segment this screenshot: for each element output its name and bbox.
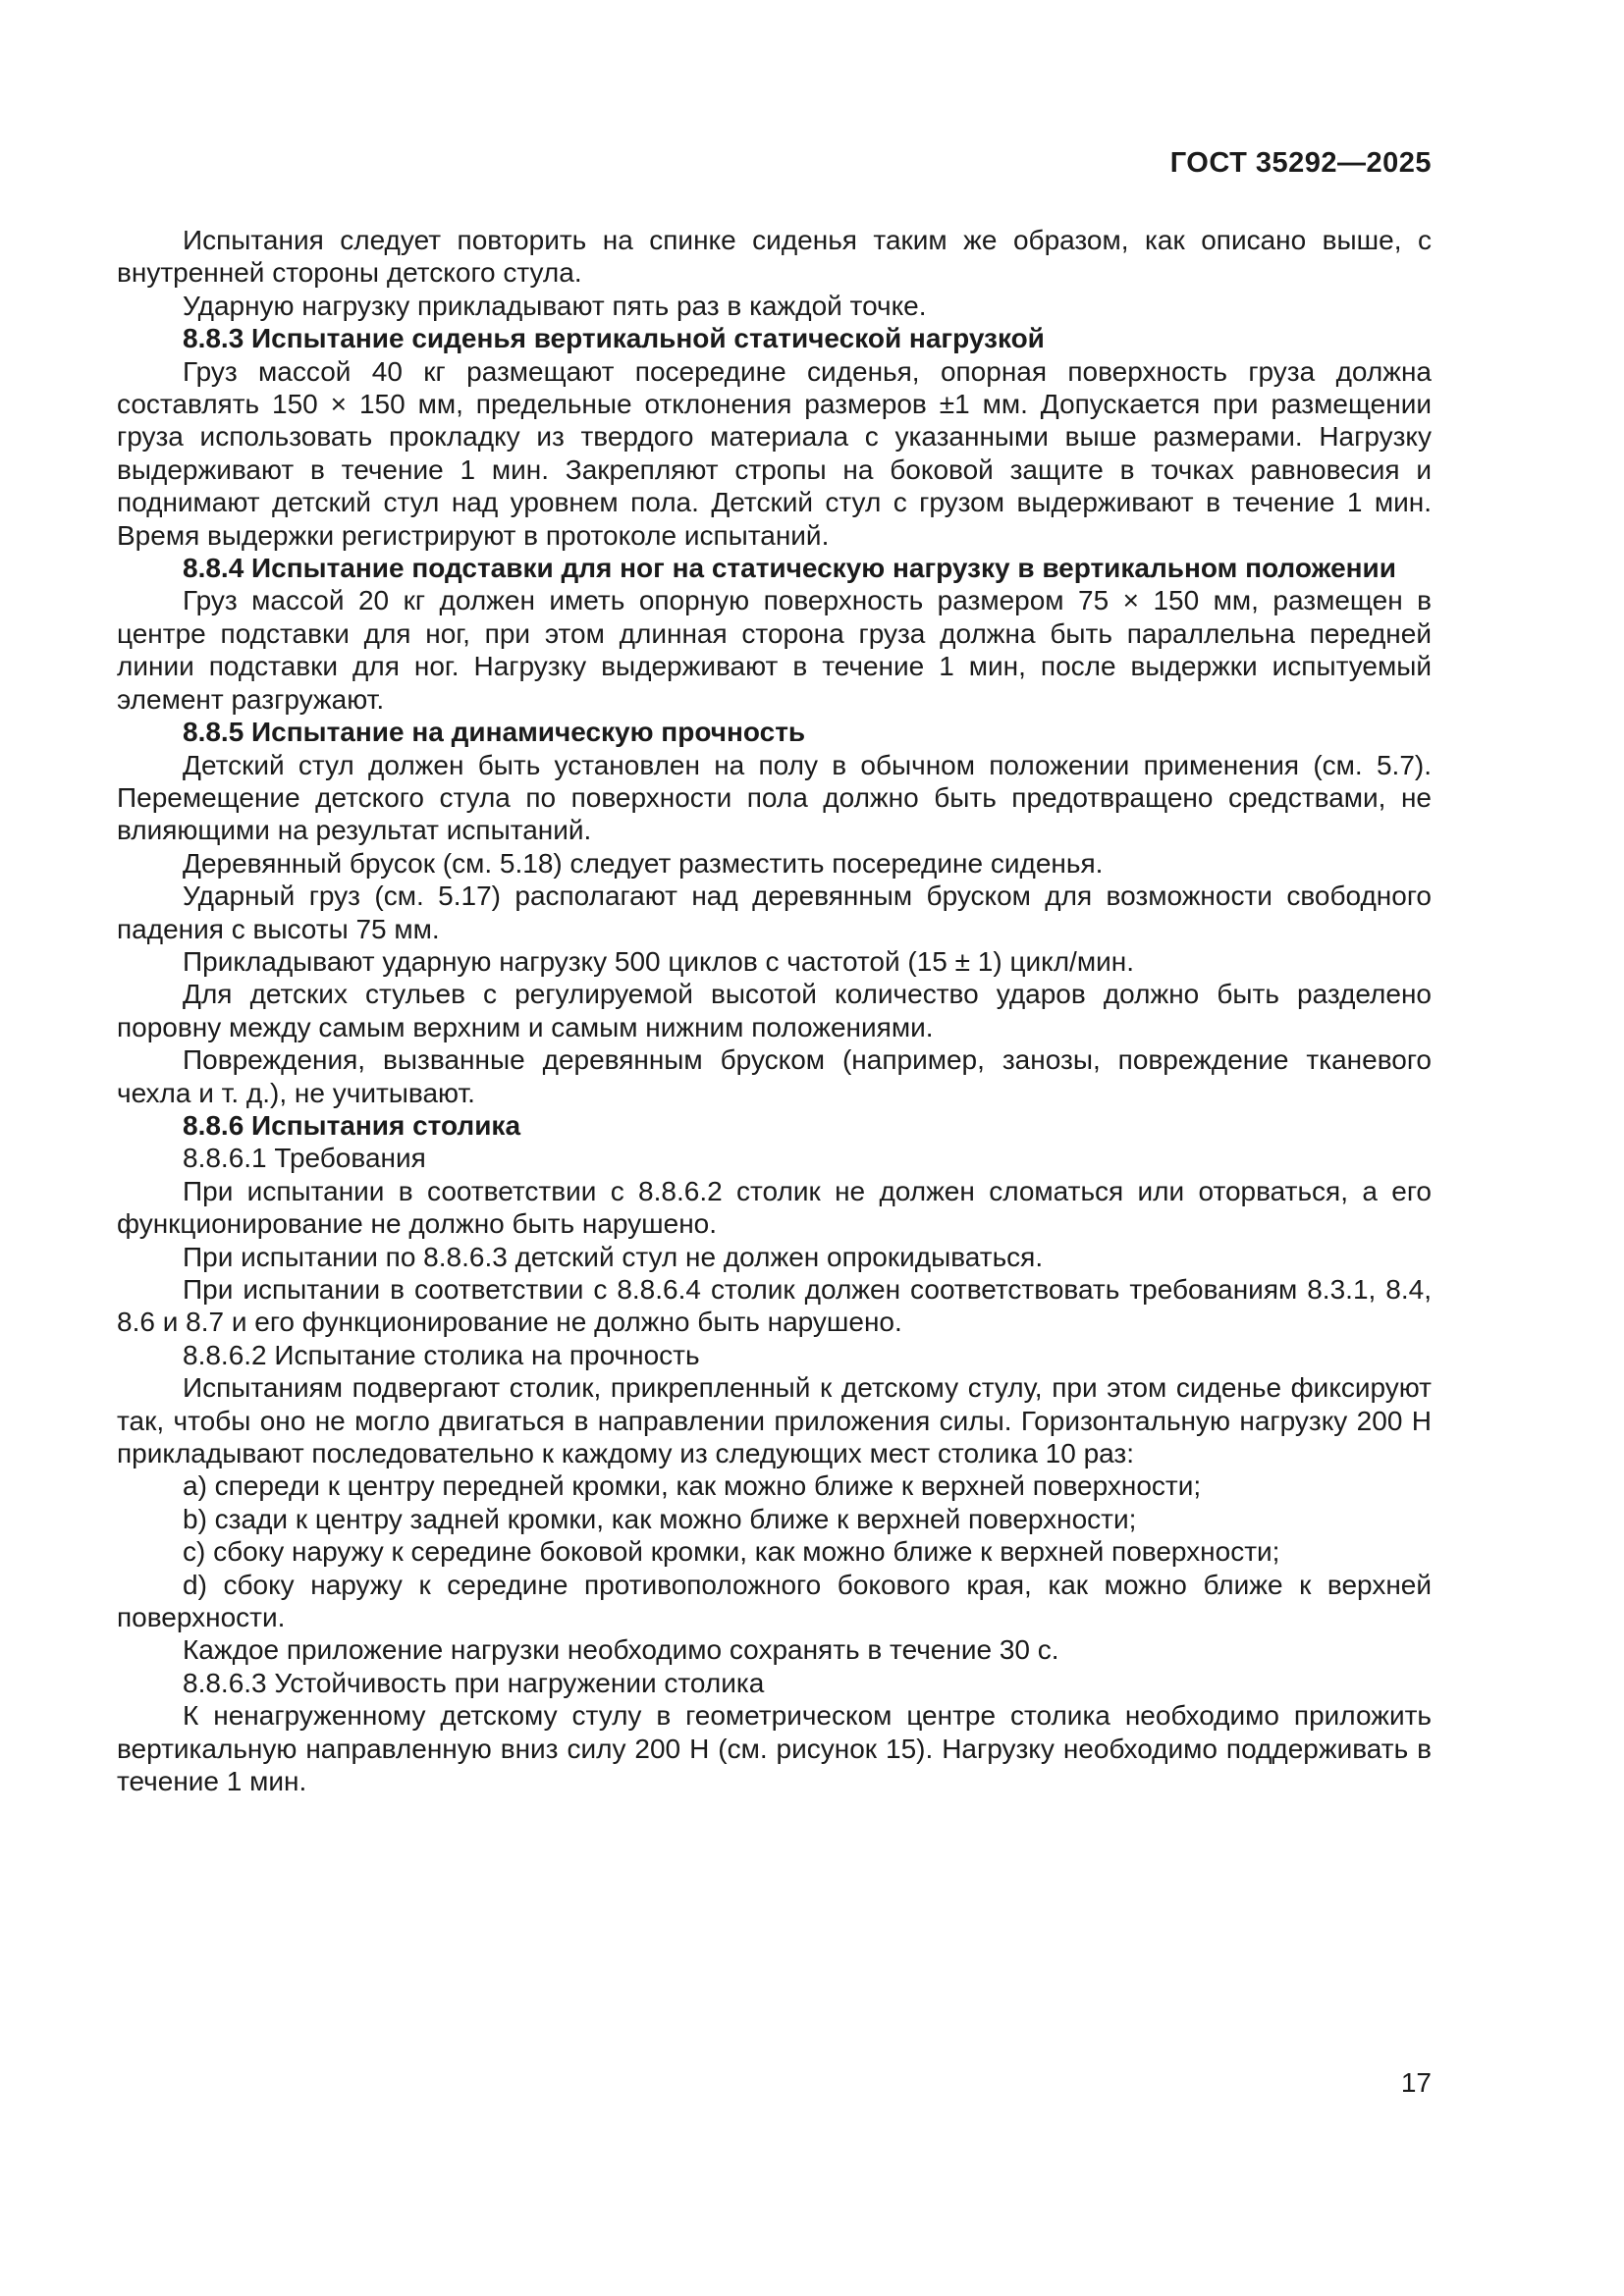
subsection-heading: 8.8.6.1 Требования xyxy=(117,1142,1432,1174)
body-paragraph: Испытаниям подвергают столик, прикреплен… xyxy=(117,1371,1432,1469)
section-heading: 8.8.5 Испытание на динамическую прочност… xyxy=(117,716,1432,748)
body-paragraph: Для детских стульев с регулируемой высот… xyxy=(117,978,1432,1043)
section-heading: 8.8.6 Испытания столика xyxy=(117,1109,1432,1142)
body-paragraph: Груз массой 40 кг размещают посередине с… xyxy=(117,355,1432,552)
document-body: Испытания следует повторить на спинке си… xyxy=(117,224,1432,1798)
document-page: ГОСТ 35292—2025 Испытания следует повтор… xyxy=(0,0,1624,2296)
body-paragraph: Ударный груз (см. 5.17) располагают над … xyxy=(117,880,1432,945)
body-paragraph: Деревянный брусок (см. 5.18) следует раз… xyxy=(117,847,1432,880)
list-item: d) сбоку наружу к середине противоположн… xyxy=(117,1569,1432,1634)
body-paragraph: При испытании в соответствии с 8.8.6.4 с… xyxy=(117,1273,1432,1339)
list-item: c) сбоку наружу к середине боковой кромк… xyxy=(117,1535,1432,1568)
body-paragraph: Детский стул должен быть установлен на п… xyxy=(117,749,1432,847)
body-paragraph: Ударную нагрузку прикладывают пять раз в… xyxy=(117,290,1432,322)
page-number: 17 xyxy=(117,2067,1432,2099)
body-paragraph: При испытании в соответствии с 8.8.6.2 с… xyxy=(117,1175,1432,1241)
body-paragraph: Каждое приложение нагрузки необходимо со… xyxy=(117,1633,1432,1666)
body-paragraph: При испытании по 8.8.6.3 детский стул не… xyxy=(117,1241,1432,1273)
section-heading: 8.8.3 Испытание сиденья вертикальной ста… xyxy=(117,322,1432,354)
body-paragraph: Груз массой 20 кг должен иметь опорную п… xyxy=(117,584,1432,716)
standard-code-header: ГОСТ 35292—2025 xyxy=(117,147,1432,180)
body-paragraph: Повреждения, вызванные деревянным бруско… xyxy=(117,1043,1432,1109)
list-item: b) сзади к центру задней кромки, как мож… xyxy=(117,1503,1432,1535)
list-item: a) спереди к центру передней кромки, как… xyxy=(117,1469,1432,1502)
body-paragraph: Испытания следует повторить на спинке си… xyxy=(117,224,1432,290)
body-paragraph: К ненагруженному детскому стулу в геомет… xyxy=(117,1699,1432,1797)
body-paragraph: Прикладывают ударную нагрузку 500 циклов… xyxy=(117,945,1432,978)
subsection-heading: 8.8.6.2 Испытание столика на прочность xyxy=(117,1339,1432,1371)
section-heading: 8.8.4 Испытание подставки для ног на ста… xyxy=(117,552,1432,584)
subsection-heading: 8.8.6.3 Устойчивость при нагружении стол… xyxy=(117,1667,1432,1699)
